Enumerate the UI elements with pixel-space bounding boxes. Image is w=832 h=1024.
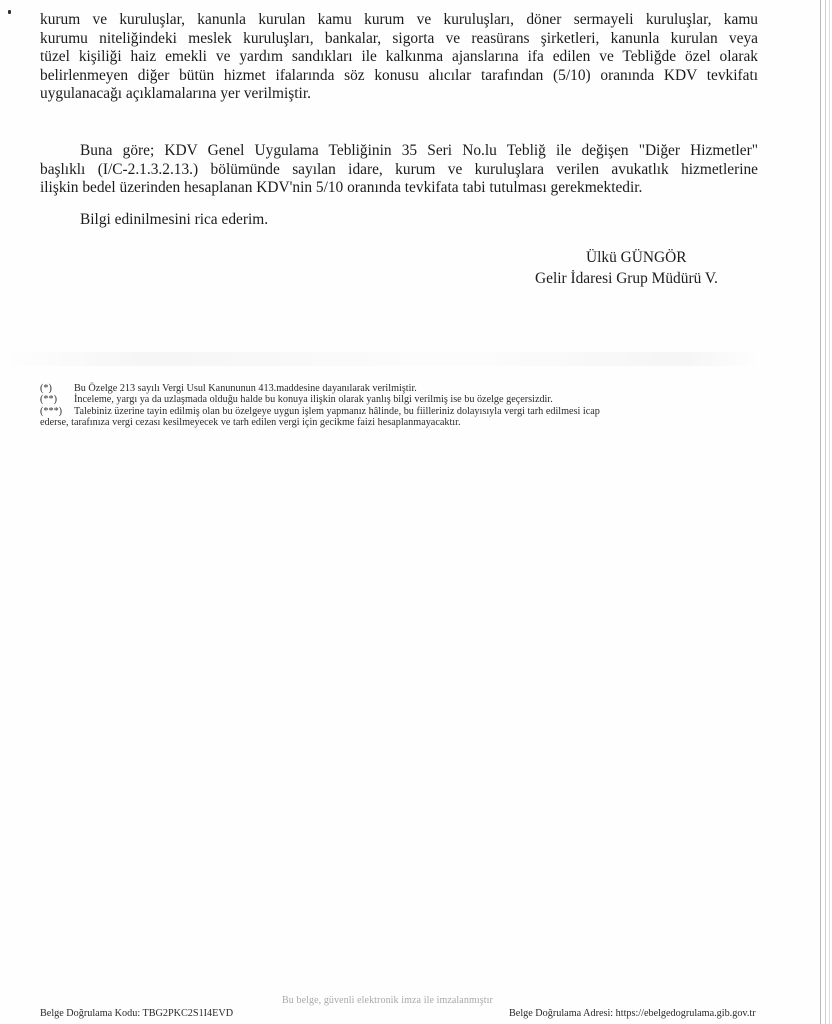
paragraph-line: tüzel kişiliği haiz emekli ve yardım san…: [40, 48, 758, 67]
paragraph-1: kurum ve kuruluşlar, kanunla kurulan kam…: [40, 11, 758, 104]
paragraph-line: kurum ve kuruluşlar, kanunla kurulan kam…: [40, 11, 758, 30]
verification-address: Belge Doğrulama Adresi: https://ebelgedo…: [509, 1008, 756, 1019]
document-page: kurum ve kuruluşlar, kanunla kurulan kam…: [0, 0, 820, 1024]
esign-note: Bu belge, güvenli elektronik imza ile im…: [282, 995, 493, 1006]
footnote: (**) İnceleme, yargı ya da uzlaşmada old…: [40, 394, 760, 405]
signatory-name: Ülkü GÜNGÖR: [586, 249, 686, 267]
footnote-text: İnceleme, yargı ya da uzlaşmada olduğu h…: [74, 394, 553, 405]
verification-code: Belge Doğrulama Kodu: TBG2PKC2S1I4EVD: [40, 1008, 233, 1019]
page-edge: [825, 0, 826, 1024]
scan-artifact: [0, 352, 760, 366]
closing-sentence: Bilgi edinilmesini rica ederim.: [80, 211, 268, 230]
paragraph-line: ilişkin bedel üzerinden hesaplanan KDV'n…: [40, 179, 758, 198]
footnote-text: Bu Özelge 213 sayılı Vergi Usul Kanununu…: [74, 383, 417, 394]
signatory-title: Gelir İdaresi Grup Müdürü V.: [535, 270, 718, 288]
footnotes: (*) Bu Özelge 213 sayılı Vergi Usul Kanu…: [40, 383, 760, 429]
footnote-continuation: ederse, tarafınıza vergi cezası kesilmey…: [40, 417, 760, 428]
scan-mark: [8, 10, 11, 14]
footnote: (***) Talebiniz üzerine tayin edilmiş ol…: [40, 406, 760, 417]
footnote-mark: (*): [40, 383, 74, 394]
paragraph-line: Buna göre; KDV Genel Uygulama Tebliğinin…: [40, 142, 758, 161]
footnote: (*) Bu Özelge 213 sayılı Vergi Usul Kanu…: [40, 383, 760, 394]
page-edge: [829, 0, 830, 1024]
footnote-mark: (***): [40, 406, 74, 417]
paragraph-2: Buna göre; KDV Genel Uygulama Tebliğinin…: [40, 142, 758, 198]
footnote-mark: (**): [40, 394, 74, 405]
page-edge: [820, 0, 821, 1024]
paragraph-line: uygulanacağı açıklamalarına yer verilmiş…: [40, 85, 758, 104]
paragraph-line: başlıklı (I/C-2.1.3.2.13.) bölümünde say…: [40, 161, 758, 180]
paragraph-line: belirlenmeyen diğer bütün hizmet ifaları…: [40, 67, 758, 86]
paragraph-line: kurumu niteliğindeki meslek kuruluşları,…: [40, 30, 758, 49]
footnote-text: Talebiniz üzerine tayin edilmiş olan bu …: [74, 406, 600, 417]
